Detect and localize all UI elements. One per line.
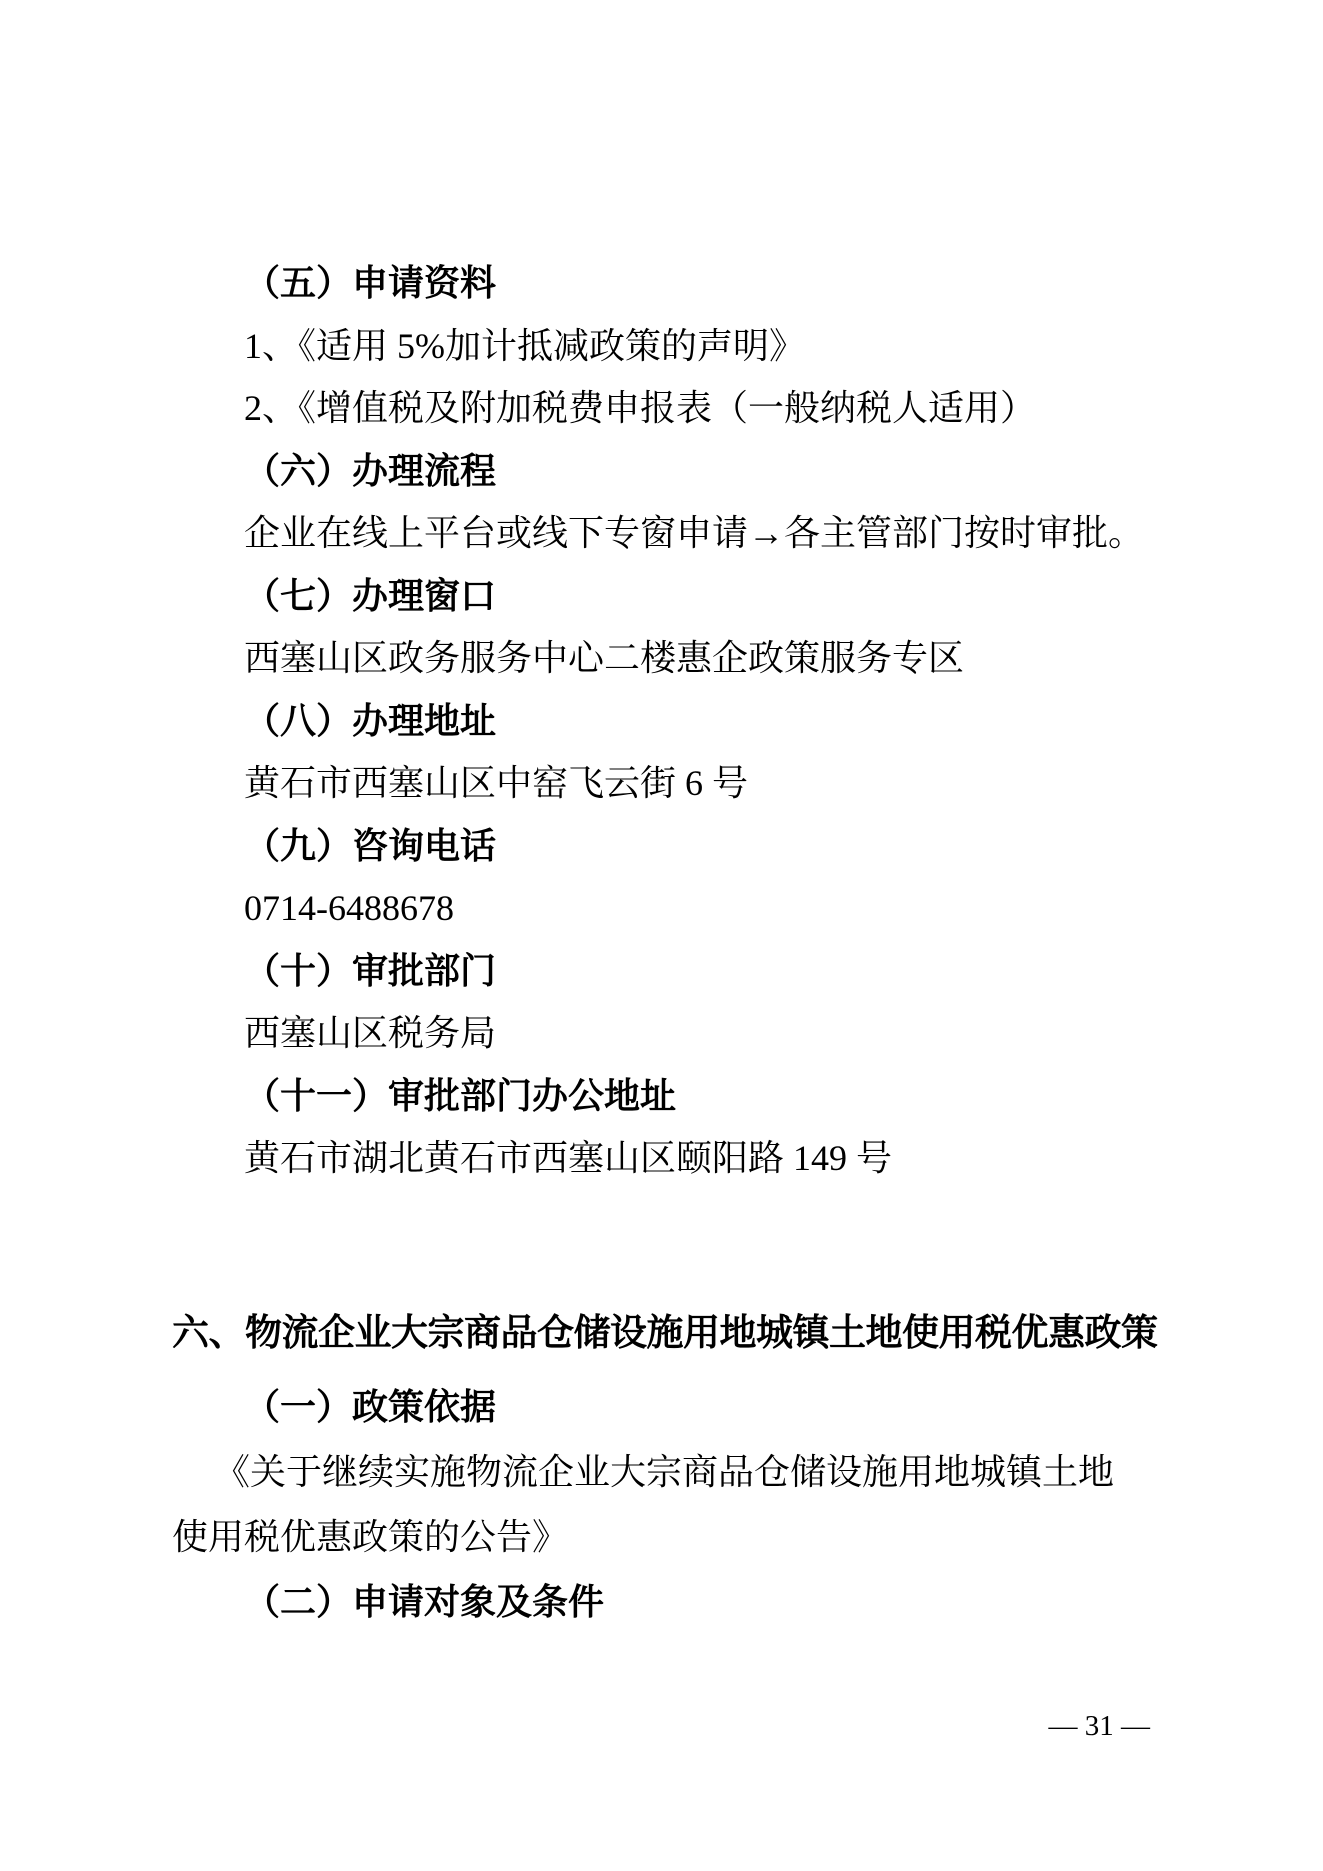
heading-6-process: （六）办理流程 — [172, 440, 1152, 503]
heading-1-policy-basis: （一）政策依据 — [172, 1375, 1152, 1440]
document-page: （五）申请资料 1、《适用 5%加计抵减政策的声明》 2、《增值税及附加税费申报… — [0, 0, 1323, 1871]
paragraph-service-address: 黄石市西塞山区中窑飞云街 6 号 — [172, 752, 1152, 815]
paragraph-policy-basis-line2: 使用税优惠政策的公告》 — [172, 1505, 1152, 1570]
paragraph-process: 企业在线上平台或线下专窗申请→各主管部门按时审批。 — [172, 502, 1152, 565]
heading-11-approval-department-address: （十一）审批部门办公地址 — [172, 1065, 1152, 1128]
paragraph-service-window: 西塞山区政务服务中心二楼惠企政策服务专区 — [172, 627, 1152, 690]
paragraph-approval-department-address: 黄石市湖北黄石市西塞山区颐阳路 149 号 — [172, 1127, 1152, 1190]
heading-5-application-materials: （五）申请资料 — [172, 252, 1152, 315]
heading-9-phone: （九）咨询电话 — [172, 815, 1152, 878]
heading-10-approval-department: （十）审批部门 — [172, 940, 1152, 1003]
section-6-title: 六、物流企业大宗商品仓储设施用地城镇土地使用税优惠政策 — [172, 1298, 1152, 1368]
heading-7-service-window: （七）办理窗口 — [172, 565, 1152, 628]
heading-8-service-address: （八）办理地址 — [172, 690, 1152, 753]
heading-2-applicants-conditions: （二）申请对象及条件 — [172, 1570, 1152, 1635]
page-number: — 31 — — [1049, 1708, 1151, 1744]
paragraph-approval-department: 西塞山区税务局 — [172, 1002, 1152, 1065]
paragraph-policy-basis-line1: 《关于继续实施物流企业大宗商品仓储设施用地城镇土地 — [172, 1440, 1152, 1505]
list-item-2-tax-return-form: 2、《增值税及附加税费申报表（一般纳税人适用） — [172, 377, 1152, 440]
list-item-1-declaration: 1、《适用 5%加计抵减政策的声明》 — [172, 315, 1152, 378]
paragraph-phone-number: 0714-6488678 — [172, 877, 1152, 940]
document-content: （五）申请资料 1、《适用 5%加计抵减政策的声明》 2、《增值税及附加税费申报… — [172, 252, 1152, 1635]
section-6-body: （一）政策依据 《关于继续实施物流企业大宗商品仓储设施用地城镇土地 使用税优惠政… — [172, 1375, 1152, 1635]
